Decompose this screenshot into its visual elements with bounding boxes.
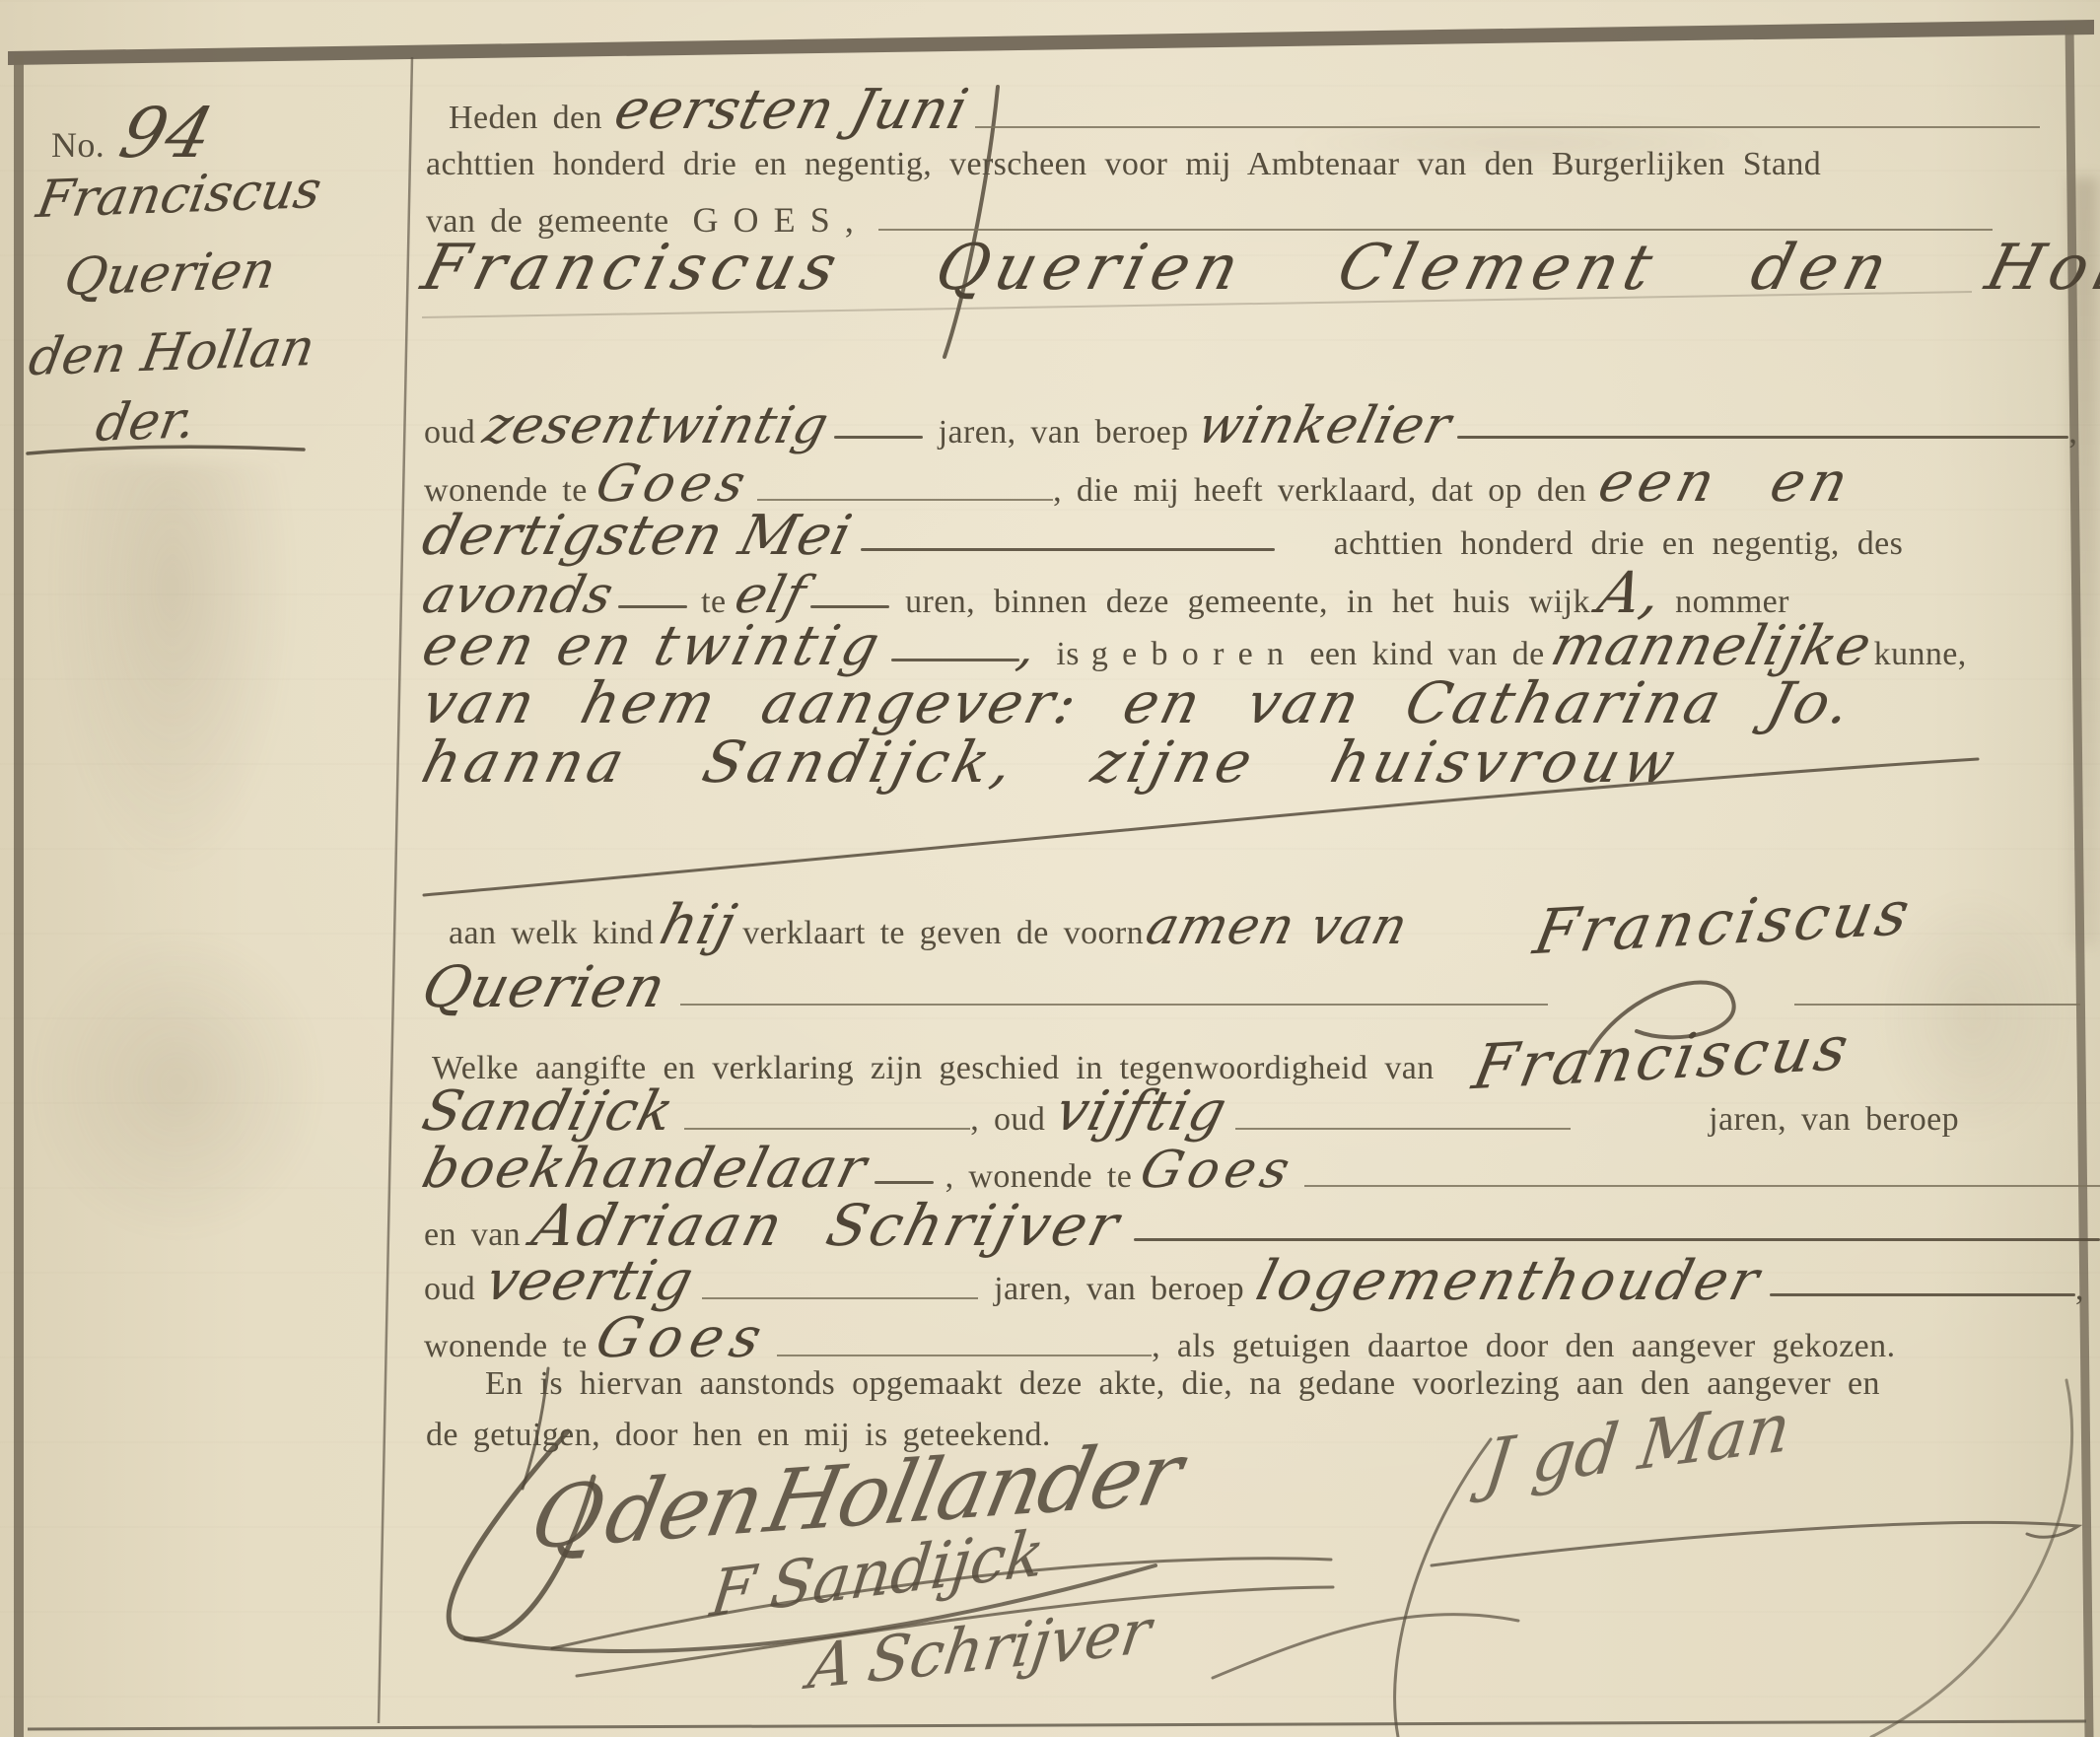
printed-kunne: kunne, [1874,636,1967,673]
handwritten-second-name: Querien [417,958,672,1015]
printed-year-des: achttien honderd drie en negentig, des [1334,525,1904,563]
printed-heden-den: Heden den [449,100,602,137]
printed-oud-2: , oud [970,1101,1045,1139]
act-line-7: dertigsten Mei achttien honderd drie en … [424,509,1903,564]
ink-dash [810,605,889,608]
act-line-20: En is hiervan aanstonds opgemaakt deze a… [485,1365,1880,1403]
printed-getuigen-gekozen: , als getuigen daartoe door den aangever… [1152,1328,1895,1365]
blank-rule [1304,1185,2100,1187]
handwritten-witness2-occupation: logementhouder [1251,1254,1767,1309]
handwritten-witness1-residence: Goes [1136,1145,1300,1196]
act-line-13: Querien [424,958,2080,1015]
printed-year-officiant: achttien honderd drie en negentig, versc… [426,146,1821,183]
act-line-6: wonende te Goes , die mij heeft verklaar… [424,455,1853,511]
printed-is: is [1056,636,1079,673]
ink-dash [891,659,1019,661]
handwritten-gender: mannelijke [1546,619,1877,674]
printed-uren-huis-wijk: uren, binnen deze gemeente, in het huis … [905,584,1590,621]
printed-comma-2: , [2075,1271,2084,1308]
act-line-1: Heden den eersten Juni [449,83,2040,138]
margin-act-number: 94 [113,99,221,168]
handwritten-comma: , [1013,622,1042,673]
ink-dash [1134,1238,2100,1241]
margin-no-label: No. [51,124,105,166]
handwritten-een-en: een en [1593,455,1858,511]
ink-dash [875,1181,934,1184]
blank-rule [878,229,1993,231]
handwritten-witness1-age: vijftig [1050,1084,1232,1140]
printed-comma: , [2068,414,2077,452]
printed-verklaard-dat: , die mij heeft verklaard, dat op den [1053,472,1586,510]
handwritten-occupation: winkelier [1192,400,1456,452]
act-line-5: oud zesentwintig jaren, van beroep winke… [424,400,2077,452]
act-line-9: een en twintig , is geboren een kind van… [424,619,1967,674]
printed-verklaart-voorn: verklaart te geven de voorn [742,915,1144,952]
ink-dash [861,548,1275,551]
margin-name-line-2: Querien [60,241,280,308]
frame-bottom-rule [28,1721,2086,1729]
printed-en-is-hiervan: En is hiervan aanstonds opgemaakt deze a… [485,1365,1880,1403]
blank-rule [1794,1004,2080,1006]
blank-rule [680,1004,1548,1006]
handwritten-age: zesentwintig [479,400,834,452]
printed-wonende-te-2: , wonende te [945,1158,1133,1196]
act-line-4: Franciscus Querien Clement den Hollander [424,237,2100,300]
printed-kind-van-de: een kind van de [1309,636,1544,673]
act-line-12: aan welk kind hij verklaart te geven de … [449,892,1912,953]
printed-geboren: geboren [1091,636,1297,673]
handwritten-parents-2: hanna Sandijck, zijne huisvrouw [417,733,1686,791]
handwritten-residence: Goes [591,458,755,510]
printed-wonende-te-3: wonende te [424,1328,588,1365]
margin-name-line-1: Franciscus [33,161,326,230]
ink-dash [1457,436,2068,439]
act-line-10: van hem aangever: en van Catharina Jo. [424,674,1853,731]
act-line-18: oud veertig jaren, van beroep logementho… [424,1254,2084,1309]
handwritten-amen-van: amen van [1142,901,1414,952]
handwritten-witness1-surname: Sandijck [417,1084,679,1140]
sig-witness2-tail [1213,1615,1518,1678]
blank-rule [684,1128,970,1130]
blank-rule [1235,1128,1571,1130]
margin-separator [379,57,412,1723]
blank-rule [702,1297,978,1299]
blank-rule [757,499,1053,501]
act-line-17: en van Adriaan Schrijver [424,1197,2100,1254]
printed-jaren-beroep-3: jaren, van beroep [994,1271,1244,1308]
ink-dash [834,436,923,439]
act-line-11: hanna Sandijck, zijne huisvrouw [424,733,1678,791]
margin-act-number-row: No. 94 [51,99,212,168]
handwritten-declarant-full-name: Franciscus Querien Clement den Hollander [416,237,2100,300]
margin-name-line-3: den Hollan [25,318,319,387]
printed-oud-3: oud [424,1271,475,1308]
handwritten-birth-date: dertigsten Mei [417,509,858,564]
handwritten-witness2-age: veertig [480,1254,699,1309]
printed-jaren-beroep-2: jaren, van beroep [1709,1101,1959,1139]
blank-rule [975,126,2040,128]
ink-dash [1770,1293,2075,1296]
frame-top-border [8,20,2094,65]
handwritten-first-name: Franciscus [1529,882,1918,964]
handwritten-date-day-month: eersten Juni [609,83,974,138]
sig-registrar-underline [1432,1522,2078,1565]
handwritten-wijk-letter: A, [1593,564,1669,621]
act-line-19: wonende te Goes , als getuigen daartoe d… [424,1311,1895,1366]
ink-dash [618,605,687,608]
handwritten-house-number: een en twintig [417,619,888,674]
act-line-16: boekhandelaar , wonende te Goes [424,1142,2100,1197]
blank-rule [777,1355,1152,1356]
act-line-15: Sandijck , oud vijftig jaren, van beroep [424,1084,1959,1140]
printed-aan-welk-kind: aan welk kind [449,915,654,952]
margin-name-line-4: der. [92,390,200,453]
act-line-8: avonds te elf uren, binnen deze gemeente… [424,564,1789,621]
handwritten-witness1-occupation: boekhandelaar [417,1142,874,1197]
printed-oud: oud [424,414,475,452]
act-line-2: achttien honderd drie en negentig, versc… [426,146,1821,183]
handwritten-hij: hij [655,898,741,953]
handwritten-parents-1: van hem aangever: en van Catharina Jo. [417,674,1859,731]
birth-record-page: No. 94 Franciscus Querien den Hollan der… [0,0,2100,1737]
sig-registrar-right-sweep [1871,1380,2072,1737]
printed-jaren-beroep: jaren, van beroep [939,414,1189,452]
sig-registrar-left-flourish [1395,1439,1491,1737]
handwritten-witness2-residence: Goes [591,1311,774,1366]
handwritten-witness2-name: Adriaan Schrijver [527,1197,1127,1254]
